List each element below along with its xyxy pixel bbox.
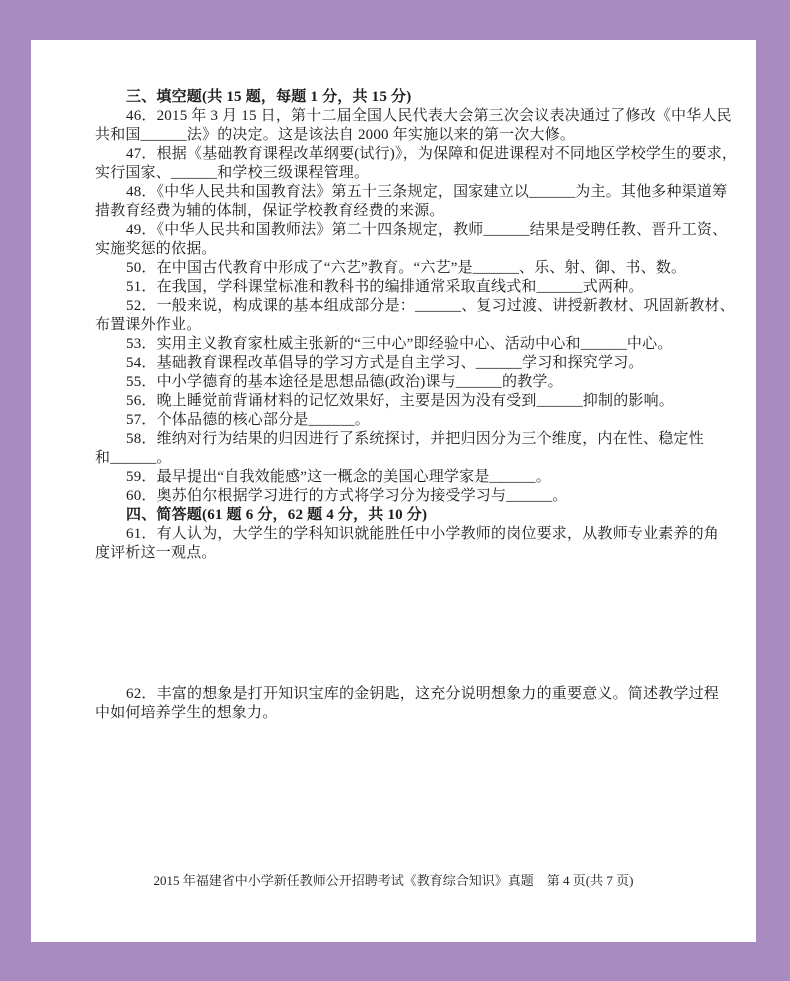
q61-line-1: 61．有人认为，大学生的学科知识就能胜任中小学教师的岗位要求，从教师专业素养的角 [95,525,711,544]
q48-line-2: 措教育经费为辅的体制，保证学校教育经费的来源。 [95,202,711,221]
q53-line-1: 53．实用主义教育家杜威主张新的“三中心”即经验中心、活动中心和______中心… [95,335,711,354]
q56-line-1: 56．晚上睡觉前背诵材料的记忆效果好，主要是因为没有受到______抑制的影响。 [95,392,711,411]
q47-line-1: 47．根据《基础教育课程改革纲要(试行)》，为保障和促进课程对不同地区学校学生的… [95,145,711,164]
q48-line-1: 48．《中华人民共和国教育法》第五十三条规定，国家建立以______为主。其他多… [95,183,711,202]
q51-line-1: 51．在我国，学科课堂标准和教科书的编排通常采取直线式和______式两种。 [95,278,711,297]
q61-line-2: 度评析这一观点。 [95,544,711,563]
q49-line-1: 49．《中华人民共和国教师法》第二十四条规定，教师______结果是受聘任教、晋… [95,221,711,240]
page-footer: 2015 年福建省中小学新任教师公开招聘考试《教育综合知识》真题 第 4 页(共… [31,870,756,889]
purple-background-frame: 三、填空题(共 15 题，每题 1 分，共 15 分) 46．2015 年 3 … [0,0,790,981]
exam-paper-page: 三、填空题(共 15 题，每题 1 分，共 15 分) 46．2015 年 3 … [31,40,756,942]
q46-line-2: 共和国______法》的决定。这是该法自 2000 年实施以来的第一次大修。 [95,126,711,145]
q62-line-2: 中如何培养学生的想象力。 [95,704,711,723]
q54-line-1: 54．基础教育课程改革倡导的学习方式是自主学习、______学习和探究学习。 [95,354,711,373]
q58-line-2: 和______。 [95,449,711,468]
q59-line-1: 59．最早提出“自我效能感”这一概念的美国心理学家是______。 [95,468,711,487]
q62-line-1: 62．丰富的想象是打开知识宝库的金钥匙，这充分说明想象力的重要意义。简述教学过程 [95,685,711,704]
q50-line-1: 50．在中国古代教育中形成了“六艺”教育。“六艺”是______、乐、射、御、书… [95,259,711,278]
fill-in-section-heading: 三、填空题(共 15 题，每题 1 分，共 15 分) [95,88,711,107]
q52-line-1: 52．一般来说，构成课的基本组成部分是：______、复习过渡、讲授新教材、巩固… [95,297,711,316]
q47-line-2: 实行国家、______和学校三级课程管理。 [95,164,711,183]
q60-line-1: 60．奥苏伯尔根据学习进行的方式将学习分为接受学习与______。 [95,487,711,506]
q52-line-2: 布置课外作业。 [95,316,711,335]
q46-line-1: 46．2015 年 3 月 15 日，第十二届全国人民代表大会第三次会议表决通过… [95,107,711,126]
page-content: 三、填空题(共 15 题，每题 1 分，共 15 分) 46．2015 年 3 … [95,88,711,723]
q55-line-1: 55．中小学德育的基本途径是思想品德(政治)课与______的教学。 [95,373,711,392]
q58-line-1: 58．维纳对行为结果的归因进行了系统探讨，并把归因分为三个维度，内在性、稳定性 [95,430,711,449]
short-answer-section-heading: 四、简答题(61 题 6 分，62 题 4 分，共 10 分) [95,506,711,525]
q57-line-1: 57．个体品德的核心部分是______。 [95,411,711,430]
q49-line-2: 实施奖惩的依据。 [95,240,711,259]
